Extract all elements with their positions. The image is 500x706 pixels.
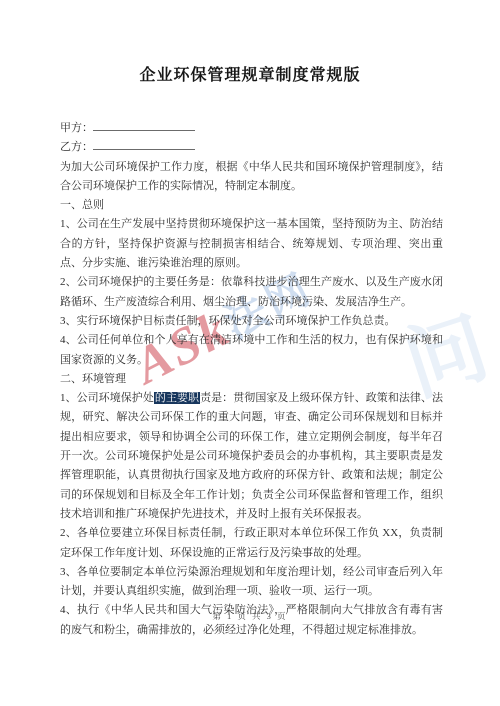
section2-item-1-post: 责是：贯彻国家及上级环保方针、政策和法律、法规，研究、解决公司环保工作的重大问题… xyxy=(60,392,443,520)
section1-item-4: 4、公司任何单位和个人享有在清洁环境中工作和生活的权力，也有保护环境和国家资源的… xyxy=(60,331,443,370)
section2-heading: 二、环境管理 xyxy=(60,370,443,389)
section1-item-2: 2、公司环境保护的主要任务是：依靠科技进步治理生产废水、以及生产废水闭路循环、生… xyxy=(60,273,443,312)
party-b-label: 乙方： xyxy=(60,141,93,153)
document-body: 甲方： 乙方： 为加大公司环境保护工作力度，根据《中华人民共和国环境保护管理制度… xyxy=(60,119,443,640)
party-a-blank-line xyxy=(93,119,195,131)
page-number-indicator: 第 1 页 共 3 页 xyxy=(0,610,500,622)
section2-item-1-pre: 1、公司环境保护处 xyxy=(60,392,154,404)
selection-highlight: 的主要职 xyxy=(154,392,200,404)
section1-item-1: 1、公司在生产发展中坚持贯彻环境保护这一基本国策，坚持预防为主、防治结合的方针，… xyxy=(60,215,443,273)
section2-item-2: 2、各单位要建立环保目标责任制，行政正职对本单位环保工作负 XX，负责制定环保工… xyxy=(60,524,443,563)
party-a-line: 甲方： xyxy=(60,119,443,138)
document-title: 企业环保管理规章制度常规版 xyxy=(0,0,500,85)
document-page: ASk法网 问 企业环保管理规章制度常规版 甲方： 乙方： 为加大公司环境保护工… xyxy=(0,0,500,706)
party-b-blank-line xyxy=(93,138,195,150)
section1-heading: 一、总则 xyxy=(60,196,443,215)
party-a-label: 甲方： xyxy=(60,122,93,134)
party-b-line: 乙方： xyxy=(60,138,443,157)
intro-paragraph: 为加大公司环境保护工作力度，根据《中华人民共和国环境保护管理制度》，结合公司环境… xyxy=(60,158,443,197)
section1-item-3: 3、实行环境保护目标责任制，环保处对全公司环境保护工作负总责。 xyxy=(60,312,443,331)
section2-item-3: 3、各单位要制定本单位污染源治理规划和年度治理计划，经公司审查后列入年计划，并要… xyxy=(60,563,443,602)
section2-item-1: 1、公司环境保护处的主要职责是：贯彻国家及上级环保方针、政策和法律、法规，研究、… xyxy=(60,389,443,524)
